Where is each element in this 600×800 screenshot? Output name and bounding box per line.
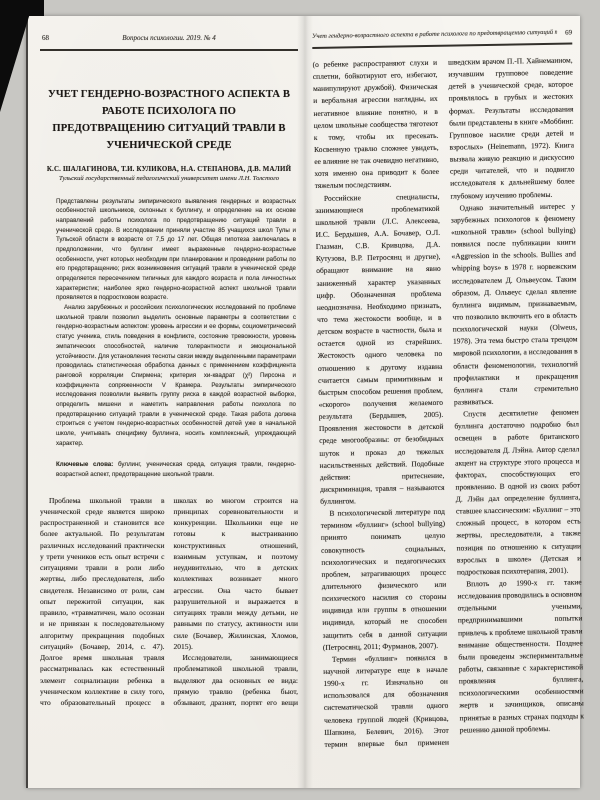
- page-68-body: Проблема школьной травли в ученической с…: [40, 495, 298, 719]
- article-affiliation: Тульский государственный педагогический …: [40, 175, 298, 182]
- keywords-label: Ключевые слова:: [56, 461, 113, 468]
- page-69-body: (о ребенке распространяют слухи и сплетн…: [313, 54, 586, 784]
- page-number-left: 68: [42, 34, 49, 42]
- article-running-title: Учет гендерно-возрастного аспекта в рабо…: [312, 26, 557, 40]
- body-paragraph: Анализ зарубежных и российских психологи…: [56, 303, 296, 448]
- body-paragraph: Представлены результаты эмпирического вы…: [56, 197, 296, 303]
- body-paragraph: Спустя десятилетие феномен буллинга дост…: [454, 406, 581, 578]
- page-68: 68 Вопросы психологии. 2019. № 4 УЧЕТ ГЕ…: [40, 34, 298, 719]
- running-head-left: 68 Вопросы психологии. 2019. № 4: [40, 34, 298, 51]
- article-title: УЧЕТ ГЕНДЕРНО-ВОЗРАСТНОГО АСПЕКТА В РАБО…: [46, 87, 292, 155]
- scan-artifact-corner: [0, 0, 34, 112]
- running-head-right: Учет гендерно-возрастного аспекта в рабо…: [312, 25, 572, 49]
- body-paragraph: Вплоть до 1990-х гг. такие исследования …: [457, 576, 584, 736]
- article-authors: К.С. ШАЛАГИНОВА, Т.И. КУЛИКОВА, Н.А. СТЕ…: [40, 166, 298, 173]
- journal-title: Вопросы психологии. 2019. № 4: [40, 34, 298, 42]
- scanned-journal-spread: 68 Вопросы психологии. 2019. № 4 УЧЕТ ГЕ…: [0, 0, 600, 800]
- paper: 68 Вопросы психологии. 2019. № 4 УЧЕТ ГЕ…: [26, 16, 580, 788]
- body-paragraph: Российские специалисты, занимающиеся про…: [315, 190, 445, 508]
- page-69: Учет гендерно-возрастного аспекта в рабо…: [312, 25, 585, 784]
- abstract: Представлены результаты эмпирического вы…: [56, 197, 296, 448]
- keywords: Ключевые слова: буллинг, ученическая сре…: [56, 460, 296, 479]
- body-paragraph: В психологической литературе под термино…: [320, 506, 447, 654]
- body-paragraph: Однако значительный интерес у зарубежных…: [451, 200, 579, 409]
- body-paragraph: (о ребенке распространяют слухи и сплетн…: [313, 57, 440, 193]
- page-gutter-shadow: [297, 16, 313, 788]
- page-number-right: 69: [565, 25, 572, 36]
